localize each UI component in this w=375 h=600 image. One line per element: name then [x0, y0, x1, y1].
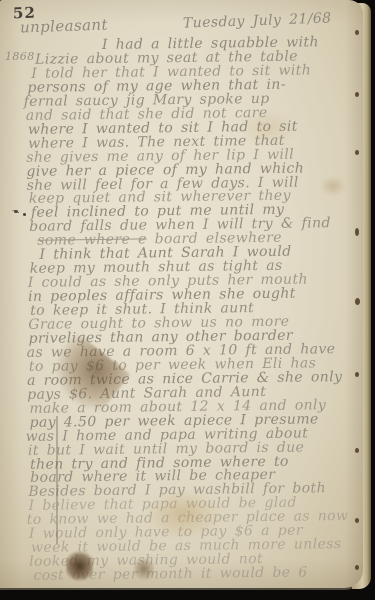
edge-speck — [355, 298, 360, 305]
diary-page: 52 unpleasant Tuesday July 21/68 1868 -.… — [0, 0, 363, 588]
entry-lines: I had a little squabble withLizzie about… — [0, 0, 367, 590]
edge-speck — [355, 372, 359, 377]
edge-speck — [355, 448, 359, 453]
edge-speck — [355, 228, 359, 236]
margin-speck — [23, 213, 26, 216]
margin-speck — [14, 210, 18, 213]
edge-speck — [355, 30, 359, 35]
edge-speck — [355, 150, 359, 155]
edge-speck — [355, 92, 359, 97]
diary-scan: 52 unpleasant Tuesday July 21/68 1868 -.… — [0, 0, 375, 600]
handwriting-line: cost over per month it would be 6 — [33, 565, 307, 584]
edge-speck — [355, 518, 359, 523]
edge-speck — [355, 565, 359, 570]
